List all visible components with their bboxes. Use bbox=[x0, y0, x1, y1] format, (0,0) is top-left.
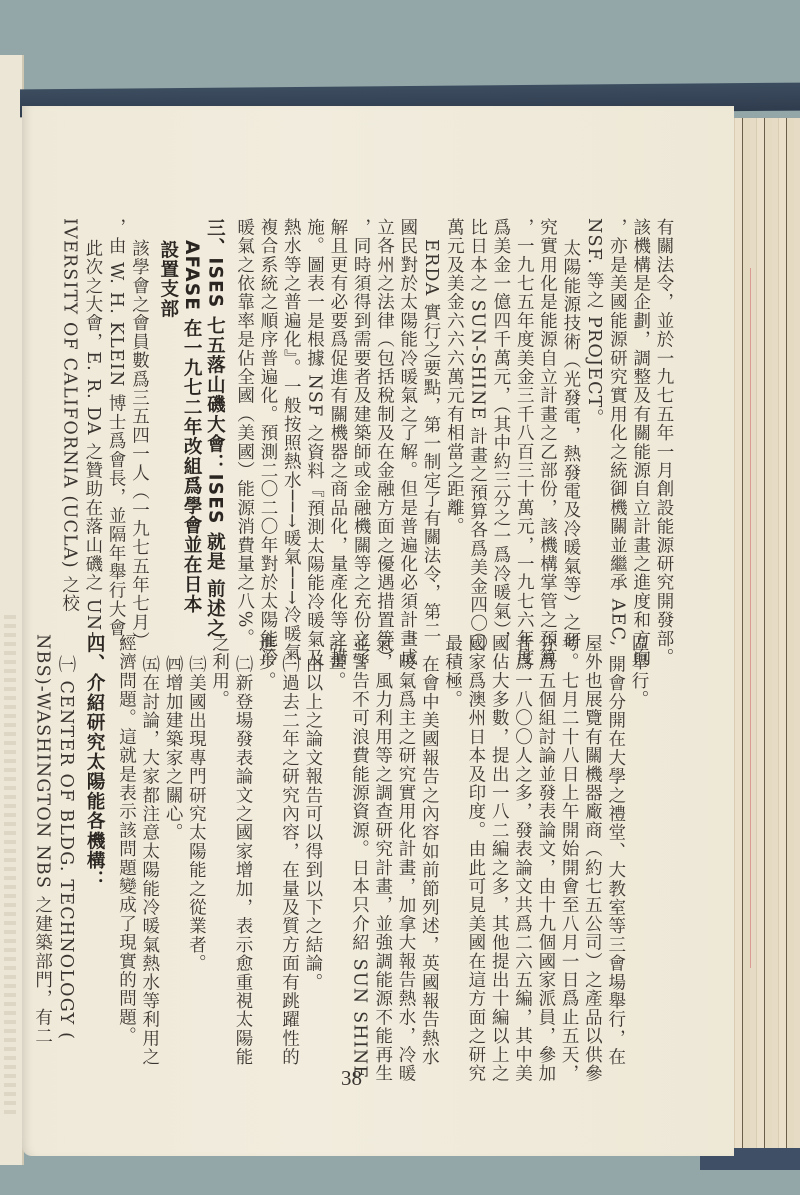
text-line: 該學會之會員數爲三五四一人（一九七五年七月） bbox=[127, 218, 150, 618]
text-line: 最積極。 bbox=[440, 634, 463, 1034]
section-heading: 三、ISES 七五落山磯大會：ISES 就是 前述之 bbox=[203, 218, 226, 618]
text-line: 區舉行。 bbox=[627, 634, 650, 1034]
text-line: ，同時須得到需要者及建築師或金融機關等之充份之了 bbox=[349, 218, 372, 618]
list-item: ㈡新登場發表論文之國家增加，表示愈重視太陽能 bbox=[231, 634, 254, 1034]
text-line: 屋外也展覽有關機器廠商（約七五公司）之產品以供參 bbox=[580, 634, 603, 1034]
text-line: 進步。 bbox=[254, 634, 277, 1034]
text-line: 計畫。 bbox=[324, 634, 347, 1034]
text-line: 究實用化是能源自立計畫之乙部份，該機構掌管之預算 bbox=[535, 218, 558, 618]
bleed-through-text bbox=[4, 615, 16, 1115]
text-line: 熱水等之普遍化』。一般按照熱水──→暖氣──→冷暖氣 bbox=[279, 218, 302, 618]
text-line: NBS)-WASHINGTON NBS 之建築部門，有二 bbox=[30, 634, 53, 1034]
text-line: 國家爲澳州日本及印度。由此可見美國在這方面之研究 bbox=[464, 634, 487, 1034]
text-line: ，由 W. H. KLEIN 博士爲會長，並隔年舉行大會。 bbox=[104, 218, 127, 618]
section-heading: 四、介紹研究太陽能各機構： bbox=[83, 634, 106, 1034]
section-heading: 設置支部 bbox=[156, 218, 179, 618]
page-edges bbox=[728, 118, 800, 1148]
text-line: 國佔大多數，提出一八二編之多，其他提出十編以上之 bbox=[487, 634, 510, 1034]
text-line: 並警告不可浪費能源資源。日本只介紹 SUN SHINE bbox=[347, 634, 370, 1034]
text-line: 複合系統之順序普遍化。預測二〇二〇年對於太陽能冷 bbox=[256, 218, 279, 618]
text-line: ，暖氣爲主之研究實用化計畫，加拿大報告熱水，冷暖 bbox=[394, 634, 417, 1034]
text-line: NSF. 等之 PROJECT。 bbox=[582, 218, 605, 618]
list-item: ㈠ CENTER OF BLDG. TECHNOLOGY ( bbox=[54, 634, 77, 1034]
text-line: 該機構是企劃，調整及有關能源自立計畫之進度和方向 bbox=[628, 218, 651, 618]
text-line: 由以上之論文報告可以得到以下之結論。 bbox=[301, 634, 324, 1034]
page-number: 38 bbox=[341, 1066, 362, 1091]
list-item: ㈤在討論，大家都注意太陽能冷暖氣熱水等利用之 bbox=[137, 634, 160, 1034]
text-line: 此次之大會，E. R. DA 之贊助在落山磯之 UN- bbox=[81, 218, 104, 618]
text-line: 者爲一八〇〇人之多，發表論文共爲二六五編，其中美 bbox=[510, 634, 533, 1034]
text-line: 之利用。 bbox=[207, 634, 230, 1034]
text-line: 萬元及美金六六六萬元有相當之距離。 bbox=[442, 218, 465, 618]
text-line: 有關法令，並於一九七五年一月創設能源研究開發部。 bbox=[652, 218, 675, 618]
text-line: ，一九七五年度美金三千八百三十萬元，一九七六年度 bbox=[512, 218, 535, 618]
text-line: 太陽能源技術（光發電，熱發電及冷暖氣等）之研 bbox=[559, 218, 582, 618]
list-item: ㈢美國出現專門研究太陽能之從業者。 bbox=[184, 634, 207, 1034]
adjacent-left-page bbox=[0, 55, 24, 1165]
text-line: 暖氣之依靠率是佔全國（美國）能源消費量之八%。 bbox=[232, 218, 255, 618]
text-line: 分爲五個組討論並發表論文，由十九個國家派員，參加 bbox=[534, 634, 557, 1034]
text-line: ERDA 實行之要點，第一制定了有關法令，第二 bbox=[419, 218, 442, 618]
text-line: 在會中美國報告之內容如前節列述，英國報告熱水 bbox=[417, 634, 440, 1034]
text-line: ，亦是美國能源研究實用化之統御機關並繼承 AEC, bbox=[605, 218, 628, 618]
text-line: 比日本之 SUN-SHINE 計畫之預算各爲美金四〇〇 bbox=[465, 218, 488, 618]
text-line: 經濟問題。這就是表示該問題變成了現實的問題。 bbox=[114, 634, 137, 1034]
text-line: 國民對於太陽能冷暖氣之了解。但是普遍化必須計畫成 bbox=[395, 218, 418, 618]
text-line: 考。七月二十八日上午開始開會至八月一日爲止五天， bbox=[557, 634, 580, 1034]
text-line: 施。圖表一是根據 NSF 之資料『預測太陽能冷暖氣及 bbox=[302, 218, 325, 618]
text-line: 開會分開在大學之禮堂、大教室等三會場舉行，在 bbox=[603, 634, 626, 1034]
text-line: 解且更有必要爲促進有關機器之商品化，量產化等之措 bbox=[326, 218, 349, 618]
section-heading: AFASE 在一九七二年改組爲學會並在日本 bbox=[180, 218, 203, 618]
text-line: 爲美金一億四千萬元，（其中約三分之一爲冷暖氣）， bbox=[489, 218, 512, 618]
text-line: 立各州之法律（包括稅制及在金融方面之優遇措置等） bbox=[372, 218, 395, 618]
lower-text-band: 區舉行。 開會分開在大學之禮堂、大教室等三會場舉行，在 屋外也展覽有關機器廠商（… bbox=[30, 634, 650, 1034]
list-item: ㈠過去二年之研究內容，在量及質方面有跳躍性的 bbox=[277, 634, 300, 1034]
text-line: 氣，風力利用等之調查研究計畫，並強調能源不能再生 bbox=[370, 634, 393, 1034]
list-item: ㈣增加建築家之關心。 bbox=[161, 634, 184, 1034]
text-line: IVERSITY OF CALIFORNIA (UCLA) 之校 bbox=[57, 218, 80, 618]
upper-text-band: 有關法令，並於一九七五年一月創設能源研究開發部。 該機構是企劃，調整及有關能源自… bbox=[57, 218, 675, 618]
